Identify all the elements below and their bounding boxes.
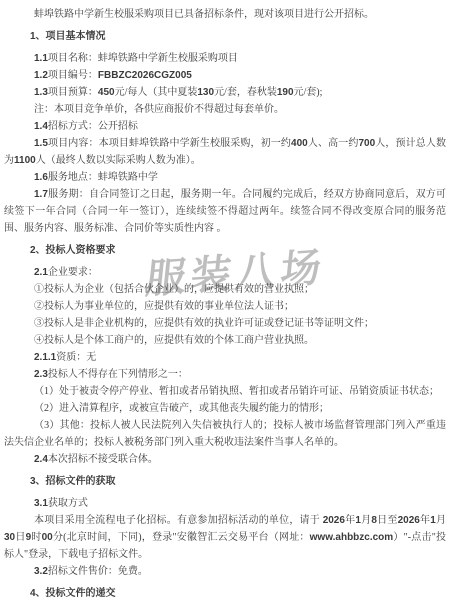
text-segment: 2.1: [34, 267, 48, 278]
text-segment: 130: [197, 87, 214, 98]
text-segment: 元/套);: [294, 87, 323, 98]
document-body: 蚌埠铁路中学新生校服采购项目已具备招标条件，现对该项目进行公开招标。1、项目基本…: [4, 6, 446, 600]
document-page: 服装八场 蚌埠铁路中学新生校服采购项目已具备招标条件，现对该项目进行公开招标。1…: [0, 0, 450, 600]
text-segment: 本项目采用全流程电子化招标。有意参加招标活动的单位，请于: [34, 515, 323, 526]
text-segment: 项目编号：: [48, 70, 98, 81]
text-segment: FBBZC2026CGZ005: [98, 70, 192, 81]
text-segment: 1.1: [34, 53, 48, 64]
text-segment: 2.3: [34, 369, 48, 380]
text-segment: 人、高一约: [308, 138, 359, 149]
text-segment: 项目名称：蚌埠铁路中学新生校服采购项目: [48, 53, 238, 64]
paragraph: 1.2项目编号：FBBZC2026CGZ005: [4, 67, 446, 84]
paragraph: ②投标人为事业单位的，应提供有效的事业单位法人证书；: [4, 298, 446, 315]
text-segment: （3）其他：投标人被人民法院列入失信被执行人的；投标人被市场监督管理部门列入严重…: [4, 420, 446, 448]
paragraph: ①投标人为企业（包括合伙企业）的，应提供有效的营业执照；: [4, 281, 446, 298]
text-segment: 2026: [398, 515, 420, 526]
text-segment: 人（最终人数以实际采购人数为准）。: [36, 155, 201, 166]
section-heading: 4、投标文件的递交: [4, 585, 446, 600]
paragraph: 2.4本次招标不接受联合体。: [4, 451, 446, 468]
text-segment: ④投标人是个体工商户的，应提供有效的个体工商户营业执照。: [34, 335, 314, 346]
text-segment: 月: [436, 515, 446, 526]
text-segment: 3、招标文件的获取: [30, 476, 116, 487]
text-segment: 2.1.1: [34, 352, 56, 363]
text-segment: 项目预算：: [48, 87, 98, 98]
text-segment: 1.3: [34, 87, 48, 98]
text-segment: 招标文件售价：免费。: [48, 566, 148, 577]
text-segment: 4、投标文件的递交: [30, 588, 116, 599]
text-segment: 日: [15, 532, 25, 543]
paragraph: 1.5项目内容：本项目蚌埠铁路中学新生校服采购，初一约400人、高一约700人，…: [4, 135, 446, 169]
paragraph: 2.3投标人不得存在下列情形之一：: [4, 366, 446, 383]
text-segment: 1.6: [34, 172, 48, 183]
paragraph: 1.4招标方式：公开招标: [4, 118, 446, 135]
text-segment: www.ahbbzc.com: [310, 532, 394, 543]
section-heading: 2、投标人资格要求: [4, 242, 446, 259]
text-segment: 450: [98, 87, 115, 98]
text-segment: 年: [345, 515, 355, 526]
text-segment: 1、项目基本情况: [30, 31, 106, 42]
text-segment: 本次招标不接受联合体。: [48, 454, 158, 465]
text-segment: 1.2: [34, 70, 48, 81]
paragraph: 1.3项目预算：450元/每人（其中夏装130元/套，春秋装190元/套);: [4, 84, 446, 101]
text-segment: 400: [291, 138, 308, 149]
text-segment: 获取方式: [48, 498, 88, 509]
text-segment: 月: [361, 515, 371, 526]
text-segment: ②投标人为事业单位的，应提供有效的事业单位法人证书；: [34, 301, 294, 312]
paragraph: 1.6服务地点：蚌埠铁路中学: [4, 169, 446, 186]
text-segment: 2026: [323, 515, 345, 526]
text-segment: 项目内容：本项目蚌埠铁路中学新生校服采购，初一约: [48, 138, 291, 149]
paragraph: ④投标人是个体工商户的，应提供有效的个体工商户营业执照。: [4, 332, 446, 349]
paragraph: （3）其他：投标人被人民法院列入失信被执行人的；投标人被市场监督管理部门列入严重…: [4, 417, 446, 451]
paragraph: ③投标人是非企业机构的，应提供有效的执业许可证或登记证书等证明文件；: [4, 315, 446, 332]
text-segment: 190: [277, 87, 294, 98]
page: { "colors": { "background": "#ffffff", "…: [0, 0, 450, 600]
section-heading: 3、招标文件的获取: [4, 473, 446, 490]
paragraph: 本项目采用全流程电子化招标。有意参加招标活动的单位，请于 2026年1月8日至2…: [4, 512, 446, 563]
paragraph: （2）进入清算程序，或被宣告破产，或其他丧失履约能力的情形；: [4, 400, 446, 417]
text-segment: 2.4: [34, 454, 48, 465]
text-segment: 分(北京时间，下同)，登录"安徽智汇云交易平台（网址：: [53, 532, 310, 543]
text-segment: 3.2: [34, 566, 48, 577]
text-segment: 注：本项目竞争单价，各供应商报价不得超过每套单价。: [34, 104, 284, 115]
text-segment: 1100: [14, 155, 36, 166]
text-segment: 1.5: [34, 138, 48, 149]
text-segment: 30: [4, 532, 15, 543]
paragraph: 注：本项目竞争单价，各供应商报价不得超过每套单价。: [4, 101, 446, 118]
text-segment: （1）处于被责令停产停业、暂扣或者吊销执照、暂扣或者吊销许可证、吊销资质证书状态…: [34, 386, 439, 397]
text-segment: 元/每人（其中夏装: [115, 87, 198, 98]
paragraph: 3.2招标文件售价：免费。: [4, 563, 446, 580]
text-segment: 企业要求：: [48, 267, 98, 278]
text-segment: 时: [31, 532, 41, 543]
text-segment: 元/套，春秋装: [214, 87, 277, 98]
paragraph: 3.1获取方式: [4, 495, 446, 512]
paragraph: 2.1企业要求：: [4, 264, 446, 281]
paragraph: 蚌埠铁路中学新生校服采购项目已具备招标条件，现对该项目进行公开招标。: [4, 6, 446, 23]
text-segment: 蚌埠铁路中学新生校服采购项目已具备招标条件，现对该项目进行公开招标。: [34, 9, 374, 20]
text-segment: 日至: [377, 515, 398, 526]
text-segment: 00: [42, 532, 53, 543]
text-segment: 1.4: [34, 121, 48, 132]
text-segment: ①投标人为企业（包括合伙企业）的，应提供有效的营业执照；: [34, 284, 314, 295]
text-segment: 1.7: [34, 189, 48, 200]
text-segment: （2）进入清算程序，或被宣告破产，或其他丧失履约能力的情形；: [34, 403, 329, 414]
text-segment: 年: [420, 515, 430, 526]
text-segment: 2、投标人资格要求: [30, 245, 116, 256]
text-segment: 招标方式：公开招标: [48, 121, 138, 132]
text-segment: 700: [358, 138, 375, 149]
text-segment: 3.1: [34, 498, 48, 509]
text-segment: 服务期：自合同签订之日起，服务期一年。合同履约完成后，经双方协商同意后，双方可续…: [4, 189, 446, 234]
text-segment: 资质：无: [56, 352, 96, 363]
paragraph: （1）处于被责令停产停业、暂扣或者吊销执照、暂扣或者吊销许可证、吊销资质证书状态…: [4, 383, 446, 400]
paragraph: 1.7服务期：自合同签订之日起，服务期一年。合同履约完成后，经双方协商同意后，双…: [4, 186, 446, 237]
text-segment: 服务地点：蚌埠铁路中学: [48, 172, 158, 183]
paragraph: 1.1项目名称：蚌埠铁路中学新生校服采购项目: [4, 50, 446, 67]
paragraph: 2.1.1资质：无: [4, 349, 446, 366]
text-segment: 投标人不得存在下列情形之一：: [48, 369, 188, 380]
text-segment: ③投标人是非企业机构的，应提供有效的执业许可证或登记证书等证明文件；: [34, 318, 374, 329]
section-heading: 1、项目基本情况: [4, 28, 446, 45]
